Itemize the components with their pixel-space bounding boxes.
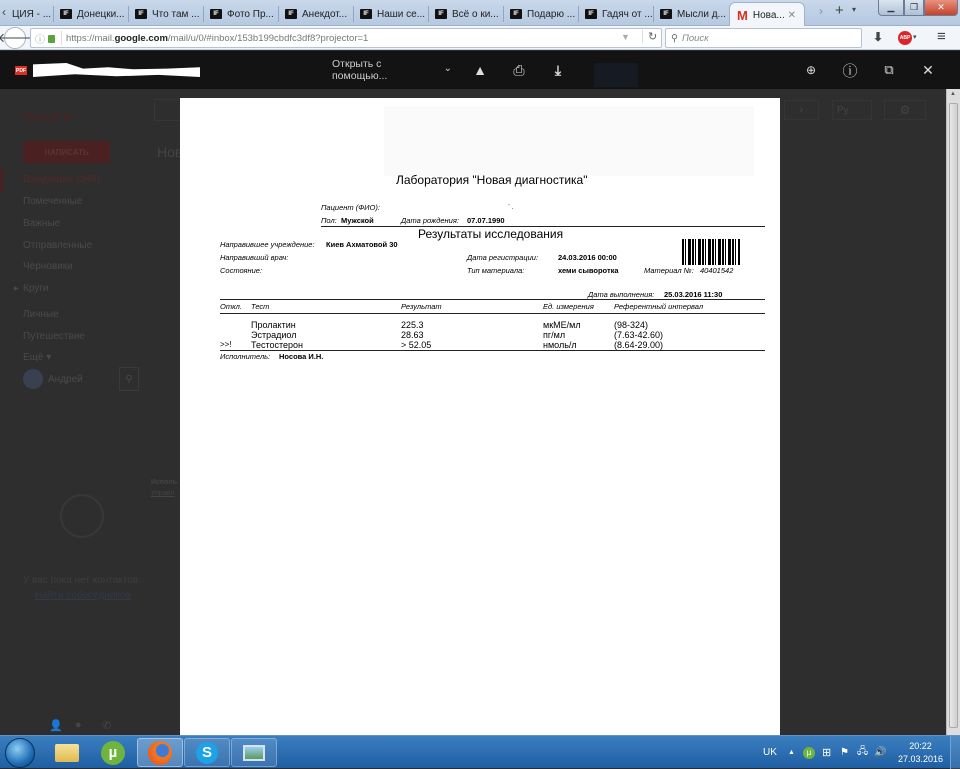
lab-title: Лаборатория "Новая диагностика" bbox=[396, 173, 587, 187]
if-icon: IF bbox=[510, 9, 522, 19]
row-test: Тестостерон bbox=[251, 340, 303, 350]
done-date-value: 25.03.2016 11:30 bbox=[664, 290, 722, 299]
pdf-file-icon: PDF bbox=[15, 66, 27, 75]
maximize-button[interactable]: ❐ bbox=[904, 0, 924, 16]
if-icon: IF bbox=[285, 9, 297, 19]
table-top-rule bbox=[220, 299, 765, 300]
if-icon: IF bbox=[585, 9, 597, 19]
photo-viewer-taskbar-icon[interactable] bbox=[231, 738, 277, 767]
folder-drafts[interactable]: Черновики bbox=[23, 261, 73, 272]
navigation-bar: 🡐 ⓘ https://mail.google.com/mail/u/0/#in… bbox=[0, 26, 960, 50]
url-bar[interactable]: ⓘ https://mail.google.com/mail/u/0/#inbo… bbox=[30, 28, 662, 48]
institution-value: Киев Ахматовой 30 bbox=[326, 240, 398, 249]
done-date-label: Дата выполнения: bbox=[588, 290, 654, 299]
scroll-up-arrow[interactable]: ▲ bbox=[950, 91, 956, 97]
browser-tab[interactable]: IFМысли д... bbox=[656, 3, 729, 25]
next-button[interactable]: › bbox=[784, 100, 819, 120]
network-icon[interactable]: 🖧 bbox=[857, 736, 868, 768]
row-unit: мкМЕ/мл bbox=[543, 320, 581, 330]
download-icon[interactable]: ⤓ bbox=[548, 51, 568, 89]
row-unit: нмоль/л bbox=[543, 340, 577, 350]
show-desktop-button[interactable] bbox=[950, 736, 960, 768]
drive-icon[interactable]: ▲ bbox=[470, 51, 490, 89]
search-people-icon[interactable]: ⚲ bbox=[119, 367, 139, 391]
tab-scroll-left[interactable]: ‹ bbox=[2, 5, 6, 19]
row-unit: пг/мл bbox=[543, 330, 565, 340]
close-window-button[interactable]: ✕ bbox=[924, 0, 958, 16]
folder-circles[interactable]: Круги bbox=[23, 283, 49, 294]
back-button[interactable]: 🡐 bbox=[4, 27, 26, 49]
row-range: (7.63-42.60) bbox=[614, 330, 663, 340]
col-header-unit: Ед. измерения bbox=[543, 302, 594, 311]
firefox-taskbar-icon[interactable] bbox=[137, 738, 183, 767]
zoom-in-icon[interactable]: ⊕ bbox=[800, 51, 822, 89]
browser-tab[interactable]: IFАнекдот... bbox=[281, 3, 354, 25]
chevron-down-icon: ⌄ bbox=[444, 63, 452, 74]
row-result: 28.63 bbox=[401, 330, 424, 340]
col-header-range: Референтный интервал bbox=[614, 302, 703, 311]
if-icon: IF bbox=[135, 9, 147, 19]
clock-date: 27.03.2016 bbox=[898, 753, 943, 766]
material-type-value: хеми сыворотка bbox=[558, 266, 619, 275]
browser-tab[interactable]: IFФото Пр... bbox=[206, 3, 279, 25]
browser-tab[interactable]: ЦИЯ - ... bbox=[8, 3, 54, 25]
reg-date-value: 24.03.2016 00:00 bbox=[558, 253, 617, 262]
patient-label: Пациент (ФИО): bbox=[321, 203, 380, 212]
if-icon: IF bbox=[210, 9, 222, 19]
institution-label: Направившее учреждение: bbox=[220, 240, 315, 249]
pdf-viewer-toolbar: PDF Открыть с помощью...⌄ ▲ ⎙ ⤓ ⊕ ⓘ ⧉ ✕ bbox=[0, 51, 960, 89]
contacts-icon[interactable]: 👤 bbox=[49, 719, 63, 732]
row-result: 225.3 bbox=[401, 320, 424, 330]
settings-icon[interactable]: ⚙ bbox=[884, 100, 926, 120]
if-icon: IF bbox=[660, 9, 672, 19]
minimize-button[interactable]: ▁ bbox=[878, 0, 904, 16]
material-no-label: Материал №: bbox=[644, 266, 694, 275]
show-hidden-icons[interactable]: ▲ bbox=[788, 736, 795, 768]
adblock-dropdown-icon[interactable]: ▾ bbox=[913, 33, 917, 41]
utorrent-tray-icon[interactable]: µ bbox=[803, 736, 815, 768]
row-result: > 52.05 bbox=[401, 340, 431, 350]
inbox-indicator bbox=[0, 169, 3, 191]
gmail-logo: Gmail ▾ bbox=[23, 109, 70, 126]
open-external-icon[interactable]: ⧉ bbox=[878, 51, 900, 89]
browser-tab-active[interactable]: MНова...✕ bbox=[729, 2, 805, 27]
dob-label: Дата рождения: bbox=[401, 216, 459, 225]
phone-icon[interactable]: ✆ bbox=[102, 719, 111, 732]
folder-inbox[interactable]: Входящие (349) bbox=[23, 174, 100, 185]
search-input[interactable]: ⚲Поиск bbox=[665, 28, 862, 48]
menu-icon[interactable]: ≡ bbox=[937, 28, 946, 45]
tab-scroll-right[interactable]: › bbox=[819, 4, 823, 18]
folder-sent[interactable]: Отправленные bbox=[23, 240, 92, 251]
row-range: (8.64-29.00) bbox=[614, 340, 663, 350]
folder-travel[interactable]: Путешествие bbox=[23, 331, 85, 342]
new-tab-button[interactable]: + bbox=[835, 2, 844, 19]
action-center-flag-icon[interactable]: ⚑ bbox=[840, 736, 849, 768]
expand-icon[interactable]: ▶ bbox=[14, 285, 19, 292]
close-icon[interactable]: ✕ bbox=[917, 51, 939, 89]
email-subject: Нов bbox=[157, 144, 182, 160]
if-icon: IF bbox=[360, 9, 372, 19]
utorrent-taskbar-icon[interactable]: µ bbox=[90, 738, 136, 767]
reg-date-label: Дата регистрации: bbox=[467, 253, 538, 262]
col-header-result: Результат bbox=[401, 302, 442, 311]
start-button[interactable] bbox=[5, 738, 35, 768]
language-button[interactable]: Ру bbox=[832, 100, 872, 120]
browser-tab[interactable]: IFВсё о ки... bbox=[431, 3, 504, 25]
user-name[interactable]: Андрей bbox=[48, 374, 83, 385]
row-test: Пролактин bbox=[251, 320, 296, 330]
downloads-icon[interactable]: ⬇ bbox=[873, 30, 883, 44]
scroll-thumb[interactable] bbox=[949, 103, 958, 728]
dob-value: 07.07.1990 bbox=[467, 216, 505, 225]
folder-more[interactable]: Ещё ▾ bbox=[23, 352, 51, 363]
if-icon: IF bbox=[435, 9, 447, 19]
close-tab-icon[interactable]: ✕ bbox=[788, 10, 796, 21]
print-icon[interactable]: ⎙ bbox=[509, 51, 529, 89]
table-header-rule bbox=[220, 313, 765, 314]
col-header-test: Тест bbox=[251, 302, 269, 311]
volume-icon[interactable]: 🔊 bbox=[874, 736, 886, 768]
sex-label: Пол: bbox=[321, 216, 337, 225]
table-bottom-rule bbox=[220, 350, 765, 351]
row-flag: >>! bbox=[220, 340, 232, 349]
windows-tray-icon[interactable]: ⊞ bbox=[822, 736, 831, 768]
skype-taskbar-icon[interactable]: S bbox=[184, 738, 230, 767]
dimmed-button bbox=[594, 63, 638, 87]
material-type-label: Тип материала: bbox=[467, 266, 524, 275]
manage-link[interactable]: Управл bbox=[151, 490, 174, 497]
explorer-taskbar-icon[interactable] bbox=[44, 738, 90, 767]
pdf-page: Лаборатория "Новая диагностика" Пациент … bbox=[180, 98, 780, 735]
hangouts-icon bbox=[60, 494, 104, 538]
folder-personal[interactable]: Личные bbox=[23, 309, 59, 320]
folder-starred[interactable]: Помеченные bbox=[23, 196, 82, 207]
browser-tab[interactable]: IFПодарю ... bbox=[506, 3, 579, 25]
gmail-icon: M bbox=[737, 8, 748, 23]
sex-value: Мужской bbox=[341, 216, 374, 225]
row-test: Эстрадиол bbox=[251, 330, 296, 340]
folder-important[interactable]: Важные bbox=[23, 218, 60, 229]
patient-redacted: ¨ . bbox=[508, 205, 513, 211]
tab-list-button[interactable]: ▾ bbox=[852, 5, 856, 14]
find-people-link[interactable]: Найти собеседников bbox=[35, 590, 131, 601]
browser-tab[interactable]: IFДонецки... bbox=[56, 3, 129, 25]
col-header-flag: Откл. bbox=[220, 302, 242, 311]
firefox-icon bbox=[148, 741, 172, 765]
compose-button[interactable]: НАПИСАТЬ bbox=[23, 141, 110, 163]
no-contacts-text: У вас пока нет контактов. bbox=[23, 575, 141, 586]
browser-tab[interactable]: IFНаши се... bbox=[356, 3, 429, 25]
info-icon[interactable]: ⓘ bbox=[839, 51, 861, 89]
usage-text: Исполь bbox=[151, 479, 177, 486]
results-title: Результаты исследования bbox=[418, 227, 563, 241]
browser-tab[interactable]: IFГадяч от ... bbox=[581, 3, 654, 25]
folder-icon bbox=[55, 744, 79, 762]
clock-time: 20:22 bbox=[909, 740, 932, 753]
info-icon[interactable]: ⓘ bbox=[35, 31, 45, 46]
open-with-button[interactable]: Открыть с помощью...⌄ bbox=[332, 51, 452, 89]
reload-icon[interactable]: ↻ bbox=[642, 30, 657, 43]
avatar[interactable] bbox=[23, 369, 43, 389]
state-label: Состояние: bbox=[220, 266, 262, 275]
windows-taskbar: µ S UK ▲ µ ⊞ ⚑ 🖧 🔊 20:22 27.03.2016 bbox=[0, 735, 960, 768]
material-no-value: 40401542 bbox=[700, 266, 733, 275]
executor-value: Носова И.Н. bbox=[279, 352, 323, 361]
lock-icon bbox=[48, 35, 55, 43]
doctor-label: Направивший врач: bbox=[220, 253, 288, 262]
utorrent-icon: µ bbox=[101, 741, 125, 765]
page-scrollbar[interactable]: ▲ bbox=[946, 89, 960, 735]
clock[interactable]: 20:22 27.03.2016 bbox=[898, 736, 943, 768]
browser-tab[interactable]: IFЧто там ... bbox=[131, 3, 204, 25]
image-icon bbox=[243, 745, 265, 761]
chat-icon[interactable]: ● bbox=[75, 719, 82, 731]
lab-header-band bbox=[384, 106, 754, 176]
if-icon: IF bbox=[60, 9, 72, 19]
search-icon: ⚲ bbox=[671, 33, 678, 44]
barcode bbox=[682, 239, 740, 265]
skype-icon: S bbox=[196, 742, 218, 764]
language-indicator[interactable]: UK bbox=[763, 736, 777, 768]
adblock-button[interactable]: ABP bbox=[898, 31, 912, 45]
executor-label: Исполнитель: bbox=[220, 352, 270, 361]
row-range: (98-324) bbox=[614, 320, 648, 330]
redacted-filename bbox=[33, 63, 200, 77]
browser-tab-strip: ‹ ЦИЯ - ... IFДонецки... IFЧто там ... I… bbox=[0, 0, 960, 26]
url-dropdown-icon[interactable]: ▼ bbox=[621, 32, 630, 42]
